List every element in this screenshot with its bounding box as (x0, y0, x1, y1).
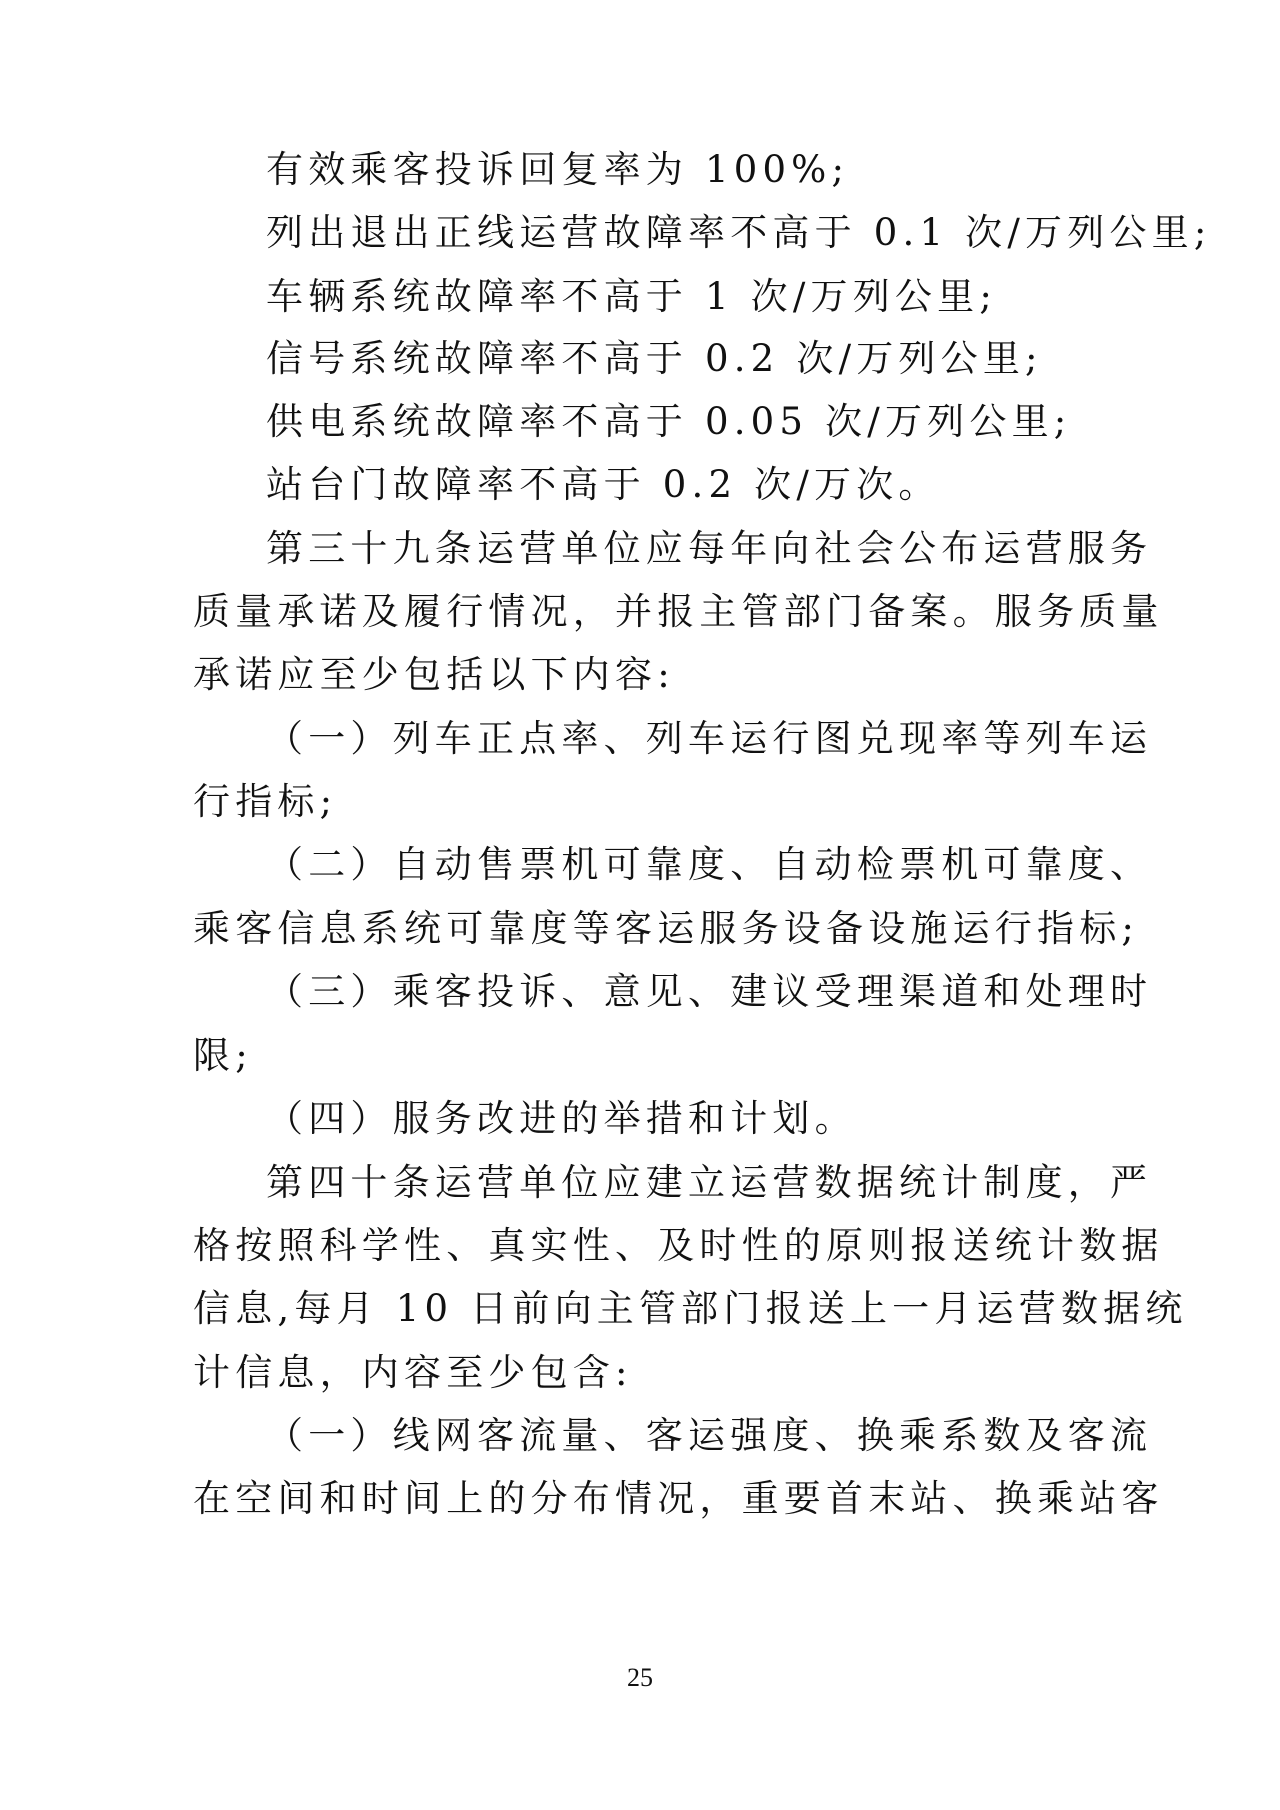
article-39-item-4: （四）服务改进的举措和计划。 (266, 1087, 1166, 1151)
article-40-line-1: 第四十条运营单位应建立运营数据统计制度，严 (266, 1151, 1166, 1215)
article-40-line-2: 格按照科学性、真实性、及时性的原则报送统计数据 (193, 1214, 1093, 1278)
article-39-item-3-line-1: （三）乘客投诉、意见、建议受理渠道和处理时 (266, 960, 1166, 1024)
article-40-line-4: 计信息，内容至少包含: (193, 1341, 1093, 1405)
text-line-mainline-failure-rate: 列出退出正线运营故障率不高于 0.1 次/万列公里; (266, 201, 1166, 265)
article-39-item-1-line-1: （一）列车正点率、列车运行图兑现率等列车运 (266, 707, 1166, 771)
page-number: 25 (600, 1663, 680, 1693)
document-page: 有效乘客投诉回复率为 100%; 列出退出正线运营故障率不高于 0.1 次/万列… (0, 0, 1280, 1810)
article-40-item-1-line-1: （一）线网客流量、客运强度、换乘系数及客流 (266, 1404, 1166, 1468)
article-39-item-3-line-2: 限; (193, 1024, 1093, 1088)
article-39-line-3: 承诺应至少包括以下内容: (193, 643, 1093, 707)
article-39-item-1-line-2: 行指标; (193, 770, 1093, 834)
article-39-line-2: 质量承诺及履行情况，并报主管部门备案。服务质量 (193, 580, 1093, 644)
article-39-line-1: 第三十九条运营单位应每年向社会公布运营服务 (266, 517, 1166, 581)
article-39-item-2-line-2: 乘客信息系统可靠度等客运服务设备设施运行指标; (193, 897, 1093, 961)
article-40-line-3: 信息,每月 10 日前向主管部门报送上一月运营数据统 (193, 1277, 1093, 1341)
text-line-signal-failure-rate: 信号系统故障率不高于 0.2 次/万列公里; (266, 327, 1166, 391)
text-line-reply-rate: 有效乘客投诉回复率为 100%; (266, 138, 1166, 202)
text-line-power-failure-rate: 供电系统故障率不高于 0.05 次/万列公里; (266, 390, 1166, 454)
text-line-vehicle-failure-rate: 车辆系统故障率不高于 1 次/万列公里; (266, 265, 1166, 329)
text-line-platform-door-failure-rate: 站台门故障率不高于 0.2 次/万次。 (266, 453, 1166, 517)
article-40-item-1-line-2: 在空间和时间上的分布情况，重要首末站、换乘站客 (193, 1467, 1093, 1531)
article-39-item-2-line-1: （二）自动售票机可靠度、自动检票机可靠度、 (266, 833, 1166, 897)
